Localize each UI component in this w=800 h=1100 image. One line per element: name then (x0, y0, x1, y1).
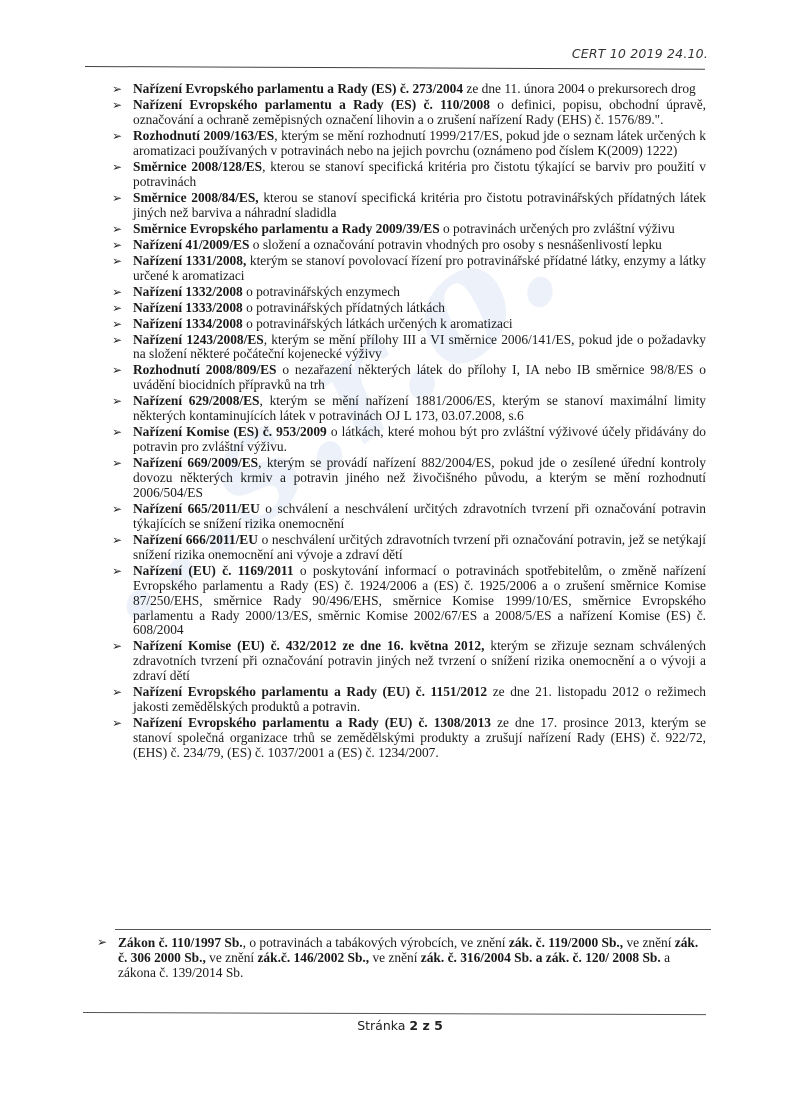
footer-divider (83, 1012, 706, 1015)
list-item: ➢Směrnice Evropského parlamentu a Rady 2… (112, 222, 706, 237)
list-item: ➢Nařízení 666/2011/EU o neschválení urči… (112, 533, 706, 563)
regulation-title: Nařízení Evropského parlamentu a Rady (E… (133, 715, 491, 730)
list-item: ➢Nařízení Komise (EU) č. 432/2012 ze dne… (112, 639, 706, 684)
regulation-description: o složení a označování potravin vhodných… (249, 237, 661, 252)
bullet-arrow-icon: ➢ (112, 317, 122, 332)
page-label: Stránka (357, 1018, 409, 1033)
law-segment: ve znění (206, 950, 258, 965)
bullet-arrow-icon: ➢ (112, 129, 122, 144)
list-item: ➢Nařízení Evropského parlamentu a Rady (… (112, 685, 706, 715)
bullet-arrow-icon: ➢ (112, 98, 122, 113)
list-item: ➢Nařízení 629/2008/ES, kterým se mění na… (112, 394, 706, 424)
regulation-title: Nařízení Evropského parlamentu a Rady (E… (133, 684, 487, 699)
list-item: ➢Nařízení 1333/2008 o potravinářských př… (112, 301, 706, 316)
regulation-title: Nařízení 1332/2008 (133, 284, 243, 299)
regulation-title: Nařízení 1243/2008/ES (133, 332, 264, 347)
header-divider (85, 66, 705, 70)
page-total: 5 (434, 1018, 443, 1033)
list-item: ➢Nařízení 1331/2008, kterým se stanoví p… (112, 254, 706, 284)
bullet-arrow-icon: ➢ (112, 456, 122, 471)
bullet-arrow-icon: ➢ (112, 222, 122, 237)
bullet-arrow-icon: ➢ (112, 564, 122, 579)
regulation-title: Směrnice Evropského parlamentu a Rady 20… (133, 221, 440, 236)
page-current: 2 (409, 1018, 418, 1033)
regulation-title: Nařízení 1333/2008 (133, 300, 243, 315)
list-item: ➢Směrnice 2008/128/ES, kterou se stanoví… (112, 160, 706, 190)
regulation-title: Rozhodnutí 2009/163/ES (133, 128, 274, 143)
list-item: ➢Nařízení 1243/2008/ES, kterým se mění p… (112, 333, 706, 363)
list-item: ➢Nařízení Komise (ES) č. 953/2009 o látk… (112, 425, 706, 455)
regulation-description: ze dne 11. února 2004 o prekursorech dro… (463, 81, 696, 96)
regulation-title: Nařízení 1331/2008, (133, 253, 246, 268)
law-segment: ve znění (623, 935, 675, 950)
bullet-arrow-icon: ➢ (97, 935, 107, 950)
regulation-title: Nařízení 41/2009/ES (133, 237, 249, 252)
bullet-arrow-icon: ➢ (112, 301, 122, 316)
regulation-description: o potravinách určených pro zvláštní výži… (440, 221, 675, 236)
law-segment: ve znění (369, 950, 421, 965)
regulation-description: o potravinářských přídatných látkách (243, 300, 445, 315)
list-item: ➢Nařízení 1332/2008 o potravinářských en… (112, 285, 706, 300)
list-item: ➢Rozhodnutí 2008/809/ES o nezařazení něk… (112, 363, 706, 393)
law-segment: , o potravinách a tabákových výrobcích, … (243, 935, 509, 950)
bullet-arrow-icon: ➢ (112, 254, 122, 269)
regulation-title: Nařízení (EU) č. 1169/2011 (133, 563, 294, 578)
bullet-arrow-icon: ➢ (112, 82, 122, 97)
regulation-title: Nařízení Evropského parlamentu a Rady (E… (133, 81, 463, 96)
list-item: ➢Nařízení Evropského parlamentu a Rady (… (112, 82, 706, 97)
regulation-title: Nařízení Komise (EU) č. 432/2012 ze dne … (133, 638, 484, 653)
page-sep: z (418, 1018, 434, 1033)
list-item: ➢Nařízení Evropského parlamentu a Rady (… (112, 98, 706, 128)
regulation-title: Nařízení 629/2008/ES (133, 393, 260, 408)
bullet-arrow-icon: ➢ (112, 363, 122, 378)
list-item: ➢Rozhodnutí 2009/163/ES, kterým se mění … (112, 129, 706, 159)
list-item: ➢Nařízení 41/2009/ES o složení a označov… (112, 238, 706, 253)
law-segment: Zákon č. 110/1997 Sb. (118, 935, 243, 950)
regulations-list: ➢Nařízení Evropského parlamentu a Rady (… (112, 82, 706, 762)
bullet-arrow-icon: ➢ (112, 685, 122, 700)
list-item: ➢Nařízení (EU) č. 1169/2011 o poskytován… (112, 564, 706, 639)
law-list: ➢ Zákon č. 110/1997 Sb., o potravinách a… (97, 935, 709, 980)
regulation-title: Nařízení 669/2009/ES (133, 455, 258, 470)
list-item: ➢Nařízení 669/2009/ES, kterým se provádí… (112, 456, 706, 501)
bullet-arrow-icon: ➢ (112, 639, 122, 654)
regulation-title: Rozhodnutí 2008/809/ES (133, 362, 277, 377)
bullet-arrow-icon: ➢ (112, 425, 122, 440)
list-item: ➢Nařízení 1334/2008 o potravinářských lá… (112, 317, 706, 332)
law-text: Zákon č. 110/1997 Sb., o potravinách a t… (118, 935, 698, 980)
law-segment: zák. č. 119/2000 Sb., (509, 935, 623, 950)
bullet-arrow-icon: ➢ (112, 533, 122, 548)
bullet-arrow-icon: ➢ (112, 191, 122, 206)
bullet-arrow-icon: ➢ (112, 285, 122, 300)
regulation-description: o potravinářských látkách určených k aro… (243, 316, 513, 331)
regulation-title: Nařízení 1334/2008 (133, 316, 243, 331)
list-item: ➢Směrnice 2008/84/ES, kterou se stanoví … (112, 191, 706, 221)
document-reference: CERT 10 2019 24.10. (572, 46, 708, 61)
bullet-arrow-icon: ➢ (112, 716, 122, 731)
bullet-arrow-icon: ➢ (112, 394, 122, 409)
list-item: ➢Nařízení Evropského parlamentu a Rady (… (112, 716, 706, 761)
regulation-title: Nařízení 665/2011/EU (133, 501, 260, 516)
law-segment: zák.č. 146/2002 Sb., (257, 950, 369, 965)
page-number: Stránka 2 z 5 (0, 1018, 800, 1033)
bullet-arrow-icon: ➢ (112, 333, 122, 348)
section-divider (115, 929, 711, 930)
law-segment: zák. č. 316/2004 Sb. a zák. č. 120/ 2008… (421, 950, 661, 965)
regulation-title: Směrnice 2008/128/ES (133, 159, 262, 174)
regulation-title: Nařízení 666/2011/EU (133, 532, 258, 547)
bullet-arrow-icon: ➢ (112, 502, 122, 517)
bullet-arrow-icon: ➢ (112, 160, 122, 175)
list-item: ➢Nařízení 665/2011/EU o schválení a nesc… (112, 502, 706, 532)
law-item: ➢ Zákon č. 110/1997 Sb., o potravinách a… (97, 935, 709, 980)
regulation-title: Směrnice 2008/84/ES, (133, 190, 259, 205)
bullet-arrow-icon: ➢ (112, 238, 122, 253)
regulation-title: Nařízení Evropského parlamentu a Rady (E… (133, 97, 490, 112)
regulation-description: o potravinářských enzymech (243, 284, 400, 299)
regulation-title: Nařízení Komise (ES) č. 953/2009 (133, 424, 327, 439)
